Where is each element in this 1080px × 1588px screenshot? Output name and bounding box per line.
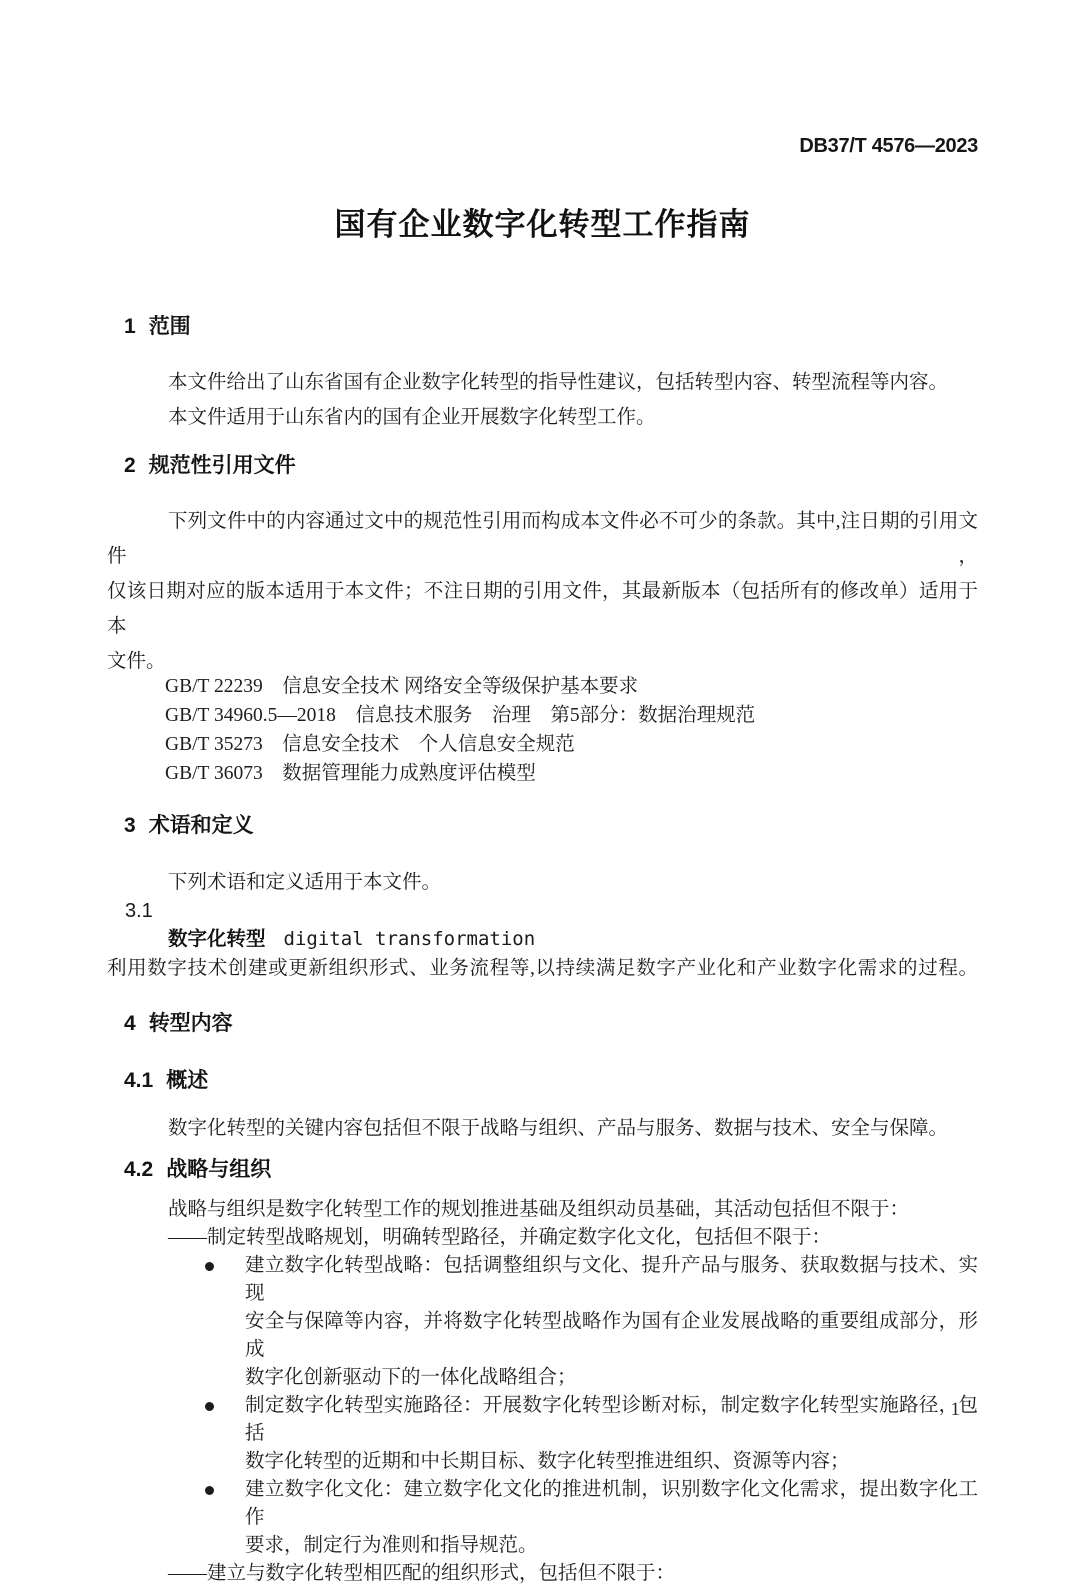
text-line: 下列文件中的内容通过文中的规范性引用而构成本文件必不可少的条款。其中,注日期的引… xyxy=(107,504,978,574)
heading-terms-definitions: 3 术语和定义 xyxy=(107,813,978,839)
heading-number: 4.1 xyxy=(124,1068,153,1094)
paragraph: 本文件给出了山东省国有企业数字化转型的指导性建议，包括转型内容、转型流程等内容。 xyxy=(107,365,978,400)
heading-overview: 4.1 概述 xyxy=(107,1068,978,1094)
page-number: 1 xyxy=(951,1398,961,1422)
bullet-item: 建立数字化转型战略：包括调整组织与文化、提升产品与服务、获取数据与技术、实现 xyxy=(107,1252,978,1308)
heading-number: 4 xyxy=(124,1011,136,1037)
bullet-icon xyxy=(205,1402,214,1411)
text-line: 战略与组织是数字化转型工作的规划推进基础及组织动员基础，其活动包括但不限于： xyxy=(107,1196,978,1224)
heading-text: 规范性引用文件 xyxy=(149,453,296,479)
heading-strategy-organization: 4.2 战略与组织 xyxy=(107,1157,978,1183)
heading-text: 术语和定义 xyxy=(149,813,254,839)
bullet-item: 制定数字化转型实施路径：开展数字化转型诊断对标，制定数字化转型实施路径，包括 xyxy=(107,1392,978,1448)
doc-number: DB37/T 4576—2023 xyxy=(107,133,978,160)
strategy-organization-body: 战略与组织是数字化转型工作的规划推进基础及组织动员基础，其活动包括但不限于： —… xyxy=(107,1196,978,1588)
term-definition: 利用数字技术创建或更新组织形式、业务流程等,以持续满足数字产业化和产业数字化需求… xyxy=(107,954,978,984)
dash-item: ——制定转型战略规划，明确转型路径，并确定数字化文化，包括但不限于： xyxy=(107,1224,978,1252)
heading-number: 1 xyxy=(124,314,136,340)
bullet-icon xyxy=(205,1486,214,1495)
heading-number: 4.2 xyxy=(124,1157,153,1183)
paragraph: 数字化转型的关键内容包括但不限于战略与组织、产品与服务、数据与技术、安全与保障。 xyxy=(107,1111,978,1146)
text-line: 仅该日期对应的版本适用于本文件；不注日期的引用文件，其最新版本（包括所有的修改单… xyxy=(107,574,978,644)
heading-number: 3 xyxy=(124,813,136,839)
term-zh: 数字化转型 xyxy=(168,928,266,950)
reference-item: GB/T 34960.5—2018 信息技术服务 治理 第5部分：数据治理规范 xyxy=(107,701,978,730)
text-line: 要求，制定行为准则和指导规范。 xyxy=(107,1532,978,1560)
term-entry: 数字化转型digital transformation xyxy=(107,925,978,954)
text-line: 数字化转型的近期和中长期目标、数字化转型推进组织、资源等内容； xyxy=(107,1448,978,1476)
heading-scope: 1 范围 xyxy=(107,314,978,340)
paragraph: 本文件适用于山东省内的国有企业开展数字化转型工作。 xyxy=(107,400,978,435)
bullet-icon xyxy=(205,1262,214,1271)
heading-transformation-content: 4 转型内容 xyxy=(107,1011,978,1037)
document-page: DB37/T 4576—2023 国有企业数字化转型工作指南 1 范围 本文件给… xyxy=(0,0,1080,1527)
heading-text: 转型内容 xyxy=(149,1011,233,1037)
reference-item: GB/T 36073 数据管理能力成熟度评估模型 xyxy=(107,759,978,788)
heading-normative-references: 2 规范性引用文件 xyxy=(107,453,978,479)
heading-text: 概述 xyxy=(166,1068,208,1094)
reference-item: GB/T 22239 信息安全技术 网络安全等级保护基本要求 xyxy=(107,672,978,701)
bullet-text: 建立数字化文化：建立数字化文化的推进机制，识别数字化文化需求，提出数字化工作 xyxy=(245,1479,978,1528)
text-line: 安全与保障等内容，并将数字化转型战略作为国有企业发展战略的重要组成部分，形成 xyxy=(107,1308,978,1364)
reference-item: GB/T 35273 信息安全技术 个人信息安全规范 xyxy=(107,730,978,759)
bullet-text: 建立数字化转型战略：包括调整组织与文化、提升产品与服务、获取数据与技术、实现 xyxy=(245,1255,978,1304)
heading-text: 范围 xyxy=(149,314,191,340)
term-number: 3.1 xyxy=(107,898,978,925)
reference-list: GB/T 22239 信息安全技术 网络安全等级保护基本要求 GB/T 3496… xyxy=(107,672,978,788)
heading-number: 2 xyxy=(124,453,136,479)
page-title: 国有企业数字化转型工作指南 xyxy=(107,207,978,243)
text-line: 数字化创新驱动下的一体化战略组合； xyxy=(107,1364,978,1392)
term-en: digital transformation xyxy=(284,928,536,950)
paragraph: 下列术语和定义适用于本文件。 xyxy=(107,865,978,900)
heading-text: 战略与组织 xyxy=(166,1157,271,1183)
bullet-item: 建立数字化文化：建立数字化文化的推进机制，识别数字化文化需求，提出数字化工作 xyxy=(107,1476,978,1532)
bullet-text: 制定数字化转型实施路径：开展数字化转型诊断对标，制定数字化转型实施路径，包括 xyxy=(245,1395,978,1444)
dash-item: ——建立与数字化转型相匹配的组织形式，包括但不限于： xyxy=(107,1560,978,1588)
